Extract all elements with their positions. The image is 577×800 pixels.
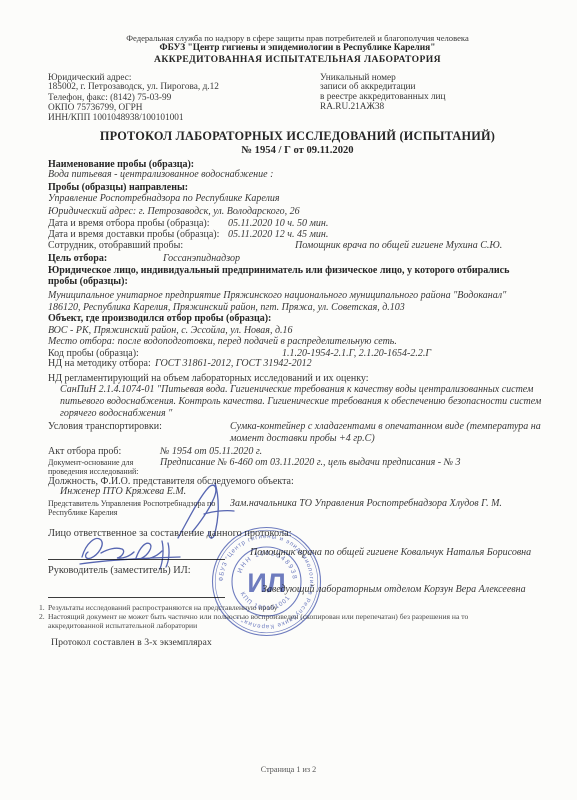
delivery-datetime-label: Дата и время доставки пробы (образца): [48, 230, 228, 241]
legal-address: 185002, г. Петрозаводск, ул. Пирогова, д… [48, 83, 320, 93]
page-number-footer: Страница 1 из 2 [0, 765, 577, 776]
sampler-row: Сотрудник, отобравший пробы: Помощник вр… [48, 241, 547, 252]
purpose-value: Госсанэпиднадзор [163, 254, 547, 265]
nd-method-row: НД на методику отбора: ГОСТ 31861-2012, … [48, 359, 547, 370]
representative-value: Инженер ПТО Кряжева Е.М. [48, 487, 547, 498]
rpn-representative-row: Представитель Управления Роспотребнадзор… [48, 499, 547, 517]
footnote-2-number: 2. [39, 613, 48, 631]
accredited-lab-line: АККРЕДИТОВАННАЯ ИСПЫТАТЕЛЬНАЯ ЛАБОРАТОРИ… [48, 54, 547, 65]
entity-label: Юридическое лицо, индивидуальный предпри… [48, 266, 533, 287]
nd-method-value: ГОСТ 31861-2012, ГОСТ 31942-2012 [155, 359, 547, 370]
transport-row: Условия транспортировки: Сумка-контейнер… [48, 421, 547, 445]
nd-method-label: НД на методику отбора: [48, 359, 155, 370]
object-label: Объект, где производился отбор пробы (об… [48, 314, 547, 325]
sampler-label: Сотрудник, отобравший пробы: [48, 241, 295, 252]
object-value-location: ВОС - РК, Пряжинский район, с. Эссойла, … [48, 326, 547, 337]
basis-row: Документ-основание для проведения исслед… [48, 458, 547, 476]
transport-value: Сумка-контейнер с хладагентами в опечата… [230, 421, 547, 445]
nd-scope-label: НД регламентирующий на объем лабораторны… [48, 374, 547, 385]
sample-code-value: 1.1.20-1954-2.1.Г, 2.1.20-1654-2.2.Г [282, 349, 547, 360]
head-signature-line [48, 585, 225, 598]
object-value-place: Место отбора: после водоподготовки, пере… [48, 337, 547, 348]
rpn-representative-value: Зам.начальника ТО Управления Роспотребна… [230, 499, 547, 510]
org-address-block: Юридический адрес: 185002, г. Петрозавод… [48, 74, 320, 124]
delivery-datetime-row: Дата и время доставки пробы (образца): 0… [48, 230, 547, 241]
org-name-line: ФБУЗ "Центр гигиены и эпидемиологии в Ре… [48, 43, 547, 54]
purpose-row: Цель отбора: Госсанэпиднадзор [48, 254, 547, 265]
org-info-block: Юридический адрес: 185002, г. Петрозавод… [48, 74, 547, 124]
sent-value-org: Управление Роспотребнадзора по Республик… [48, 194, 547, 205]
basis-label-line2: проведения исследований: [48, 467, 139, 476]
sent-value-address: Юридический адрес: г. Петрозаводск, ул. … [48, 207, 547, 218]
document-number: № 1954 / Г от 09.11.2020 [48, 146, 547, 157]
sent-label: Пробы (образцы) направлены: [48, 183, 547, 194]
purpose-label: Цель отбора: [48, 254, 163, 265]
entity-value-name: Муниципальное унитарное предприятие Пряж… [48, 290, 547, 302]
copies-note: Протокол составлен в 3-х экземплярах [48, 638, 547, 649]
transport-label: Условия транспортировки: [48, 422, 230, 433]
delivery-datetime-value: 05.11.2020 12 ч. 45 мин. [228, 230, 547, 241]
protocol-document-page: Федеральная служба по надзору в сфере за… [0, 0, 577, 800]
federal-service-line: Федеральная служба по надзору в сфере за… [48, 33, 547, 43]
document-title: ПРОТОКОЛ ЛАБОРАТОРНЫХ ИССЛЕДОВАНИЙ (ИСПЫ… [48, 130, 547, 143]
basis-label: Документ-основание для проведения исслед… [48, 458, 160, 476]
org-inn-kpp: ИНН/КПП 1001048938/100101001 [48, 114, 320, 124]
head-handwritten-signature [76, 531, 186, 573]
basis-label-line1: Документ-основание для [48, 458, 133, 467]
sample-name-value: Вода питьевая - централизованное водосна… [48, 170, 547, 181]
sampler-value: Помощник врача по общей гигиене Мухина С… [295, 241, 547, 252]
act-label: Акт отбора проб: [48, 447, 160, 458]
accreditation-block: Уникальный номер записи об аккредитации … [320, 74, 547, 124]
basis-value: Предписание № 6-460 от 03.11.2020 г., це… [160, 458, 547, 469]
nd-scope-value: СанПиН 2.1.4.1074-01 "Питьевая вода. Гиг… [48, 384, 547, 420]
accreditation-number: RA.RU.21АЖ38 [320, 103, 547, 113]
stamp-center-text: ИЛ [247, 568, 285, 598]
